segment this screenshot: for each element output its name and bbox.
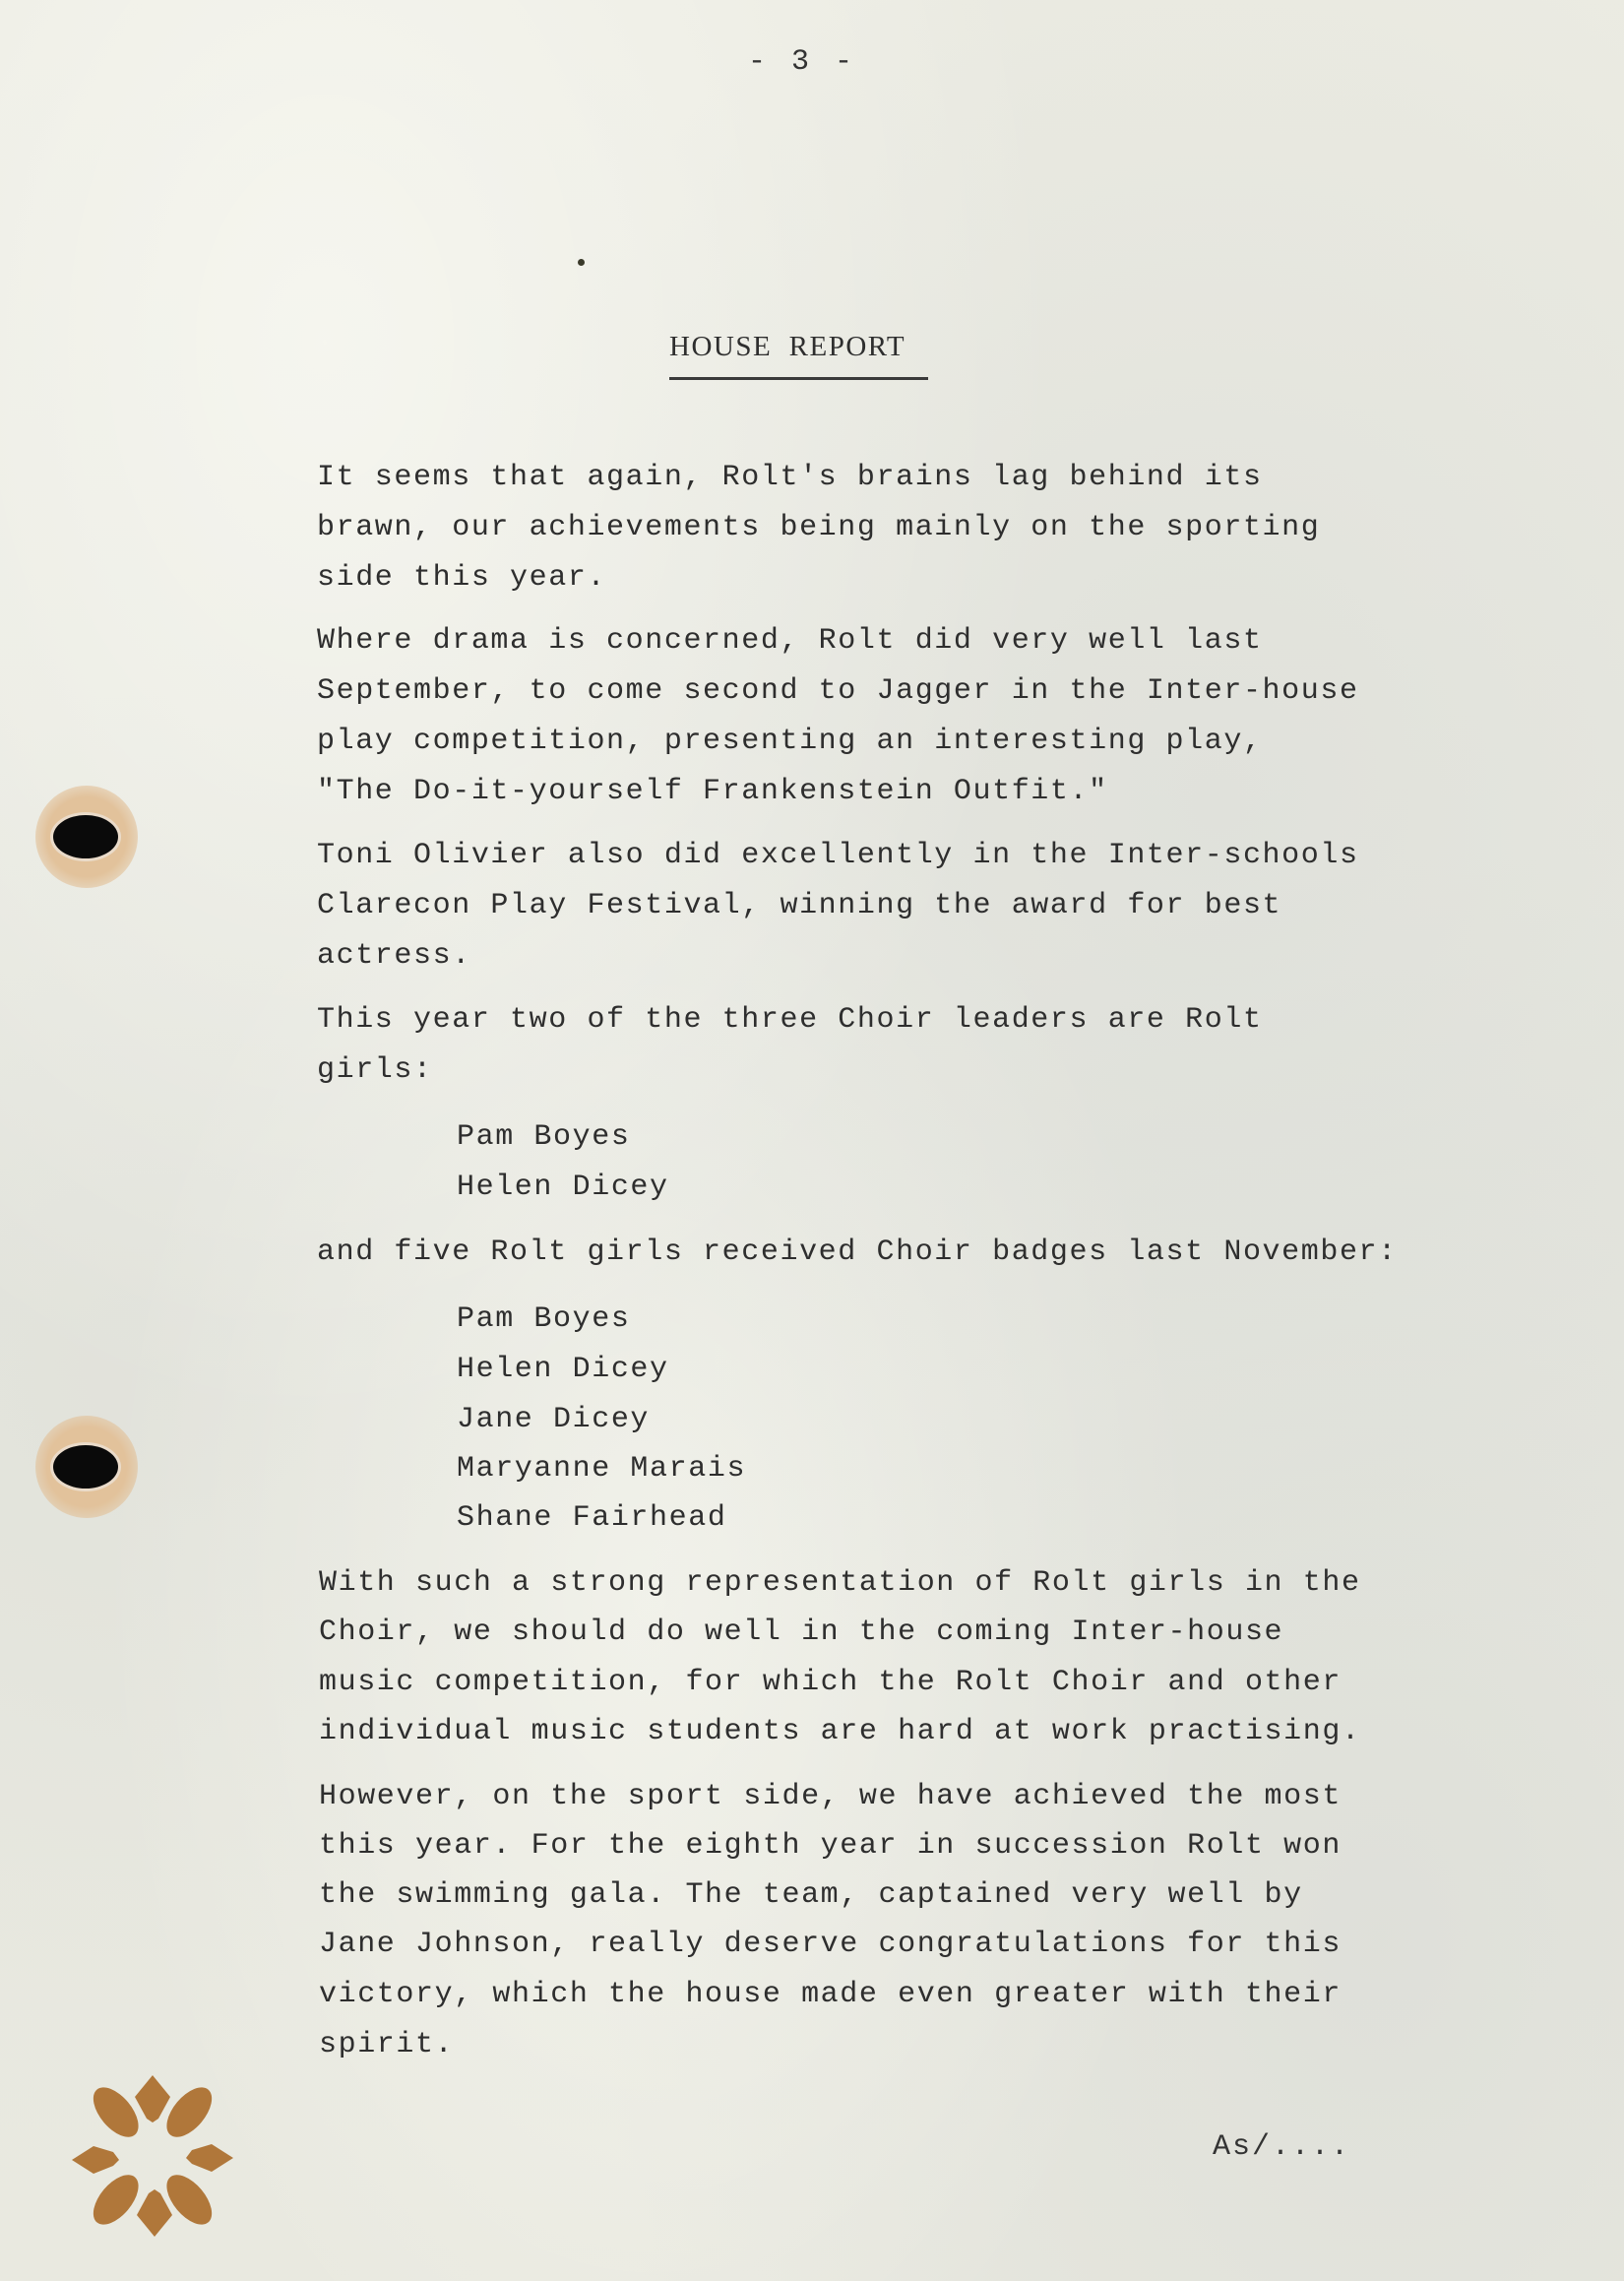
paragraph-5-line: individual music students are hard at wo… [319, 1717, 1361, 1746]
hole-icon [53, 815, 118, 858]
paragraph-2-line: "The Do-it-yourself Frankenstein Outfit.… [317, 777, 1108, 806]
paragraph-4-line: This year two of the three Choir leaders… [317, 1005, 1263, 1035]
paragraph-6-line: Jane Johnson, really deserve congratulat… [319, 1930, 1342, 1959]
paragraph-2-line: play competition, presenting an interest… [317, 727, 1263, 756]
paragraph-6-line: this year. For the eighth year in succes… [319, 1831, 1342, 1861]
badge-recipient-item: Maryanne Marais [457, 1454, 746, 1484]
page-number: - 3 - [748, 45, 856, 79]
flower-ornament-icon [54, 2058, 251, 2254]
continuation-marker: As/.... [1213, 2130, 1350, 2164]
page-title: HOUSE REPORT [669, 331, 906, 363]
paragraph-1-line: brawn, our achievements being mainly on … [317, 513, 1320, 542]
badge-recipient-item: Jane Dicey [457, 1405, 650, 1434]
badges-intro: and five Rolt girls received Choir badge… [317, 1237, 1398, 1267]
paragraph-6-line: spirit. [319, 2030, 454, 2059]
paragraph-3-line: actress. [317, 941, 471, 971]
ink-speck [578, 259, 585, 266]
badge-recipient-item: Shane Fairhead [457, 1503, 726, 1533]
paragraph-3-line: Toni Olivier also did excellently in the… [317, 841, 1359, 870]
paragraph-5-line: With such a strong representation of Rol… [319, 1568, 1361, 1598]
paragraph-4-line: girls: [317, 1055, 433, 1085]
punch-hole-top [35, 786, 138, 888]
hole-icon [53, 1445, 118, 1489]
paragraph-5-line: Choir, we should do well in the coming I… [319, 1617, 1283, 1647]
title-underline [669, 377, 928, 380]
punch-hole-bottom [35, 1416, 138, 1518]
badge-recipient-item: Helen Dicey [457, 1355, 669, 1384]
paragraph-5-line: music competition, for which the Rolt Ch… [319, 1668, 1342, 1697]
badge-recipient-item: Pam Boyes [457, 1304, 630, 1334]
paragraph-2-line: September, to come second to Jagger in t… [317, 676, 1359, 706]
paragraph-6-line: victory, which the house made even great… [319, 1980, 1342, 2009]
paragraph-2-line: Where drama is concerned, Rolt did very … [317, 626, 1263, 656]
paragraph-6-line: However, on the sport side, we have achi… [319, 1782, 1342, 1811]
paragraph-1-line: side this year. [317, 563, 606, 593]
choir-leader-item: Pam Boyes [457, 1122, 630, 1152]
choir-leader-item: Helen Dicey [457, 1172, 669, 1202]
paragraph-6-line: the swimming gala. The team, captained v… [319, 1880, 1303, 1910]
paragraph-3-line: Clarecon Play Festival, winning the awar… [317, 891, 1281, 920]
paragraph-1-line: It seems that again, Rolt's brains lag b… [317, 463, 1263, 492]
